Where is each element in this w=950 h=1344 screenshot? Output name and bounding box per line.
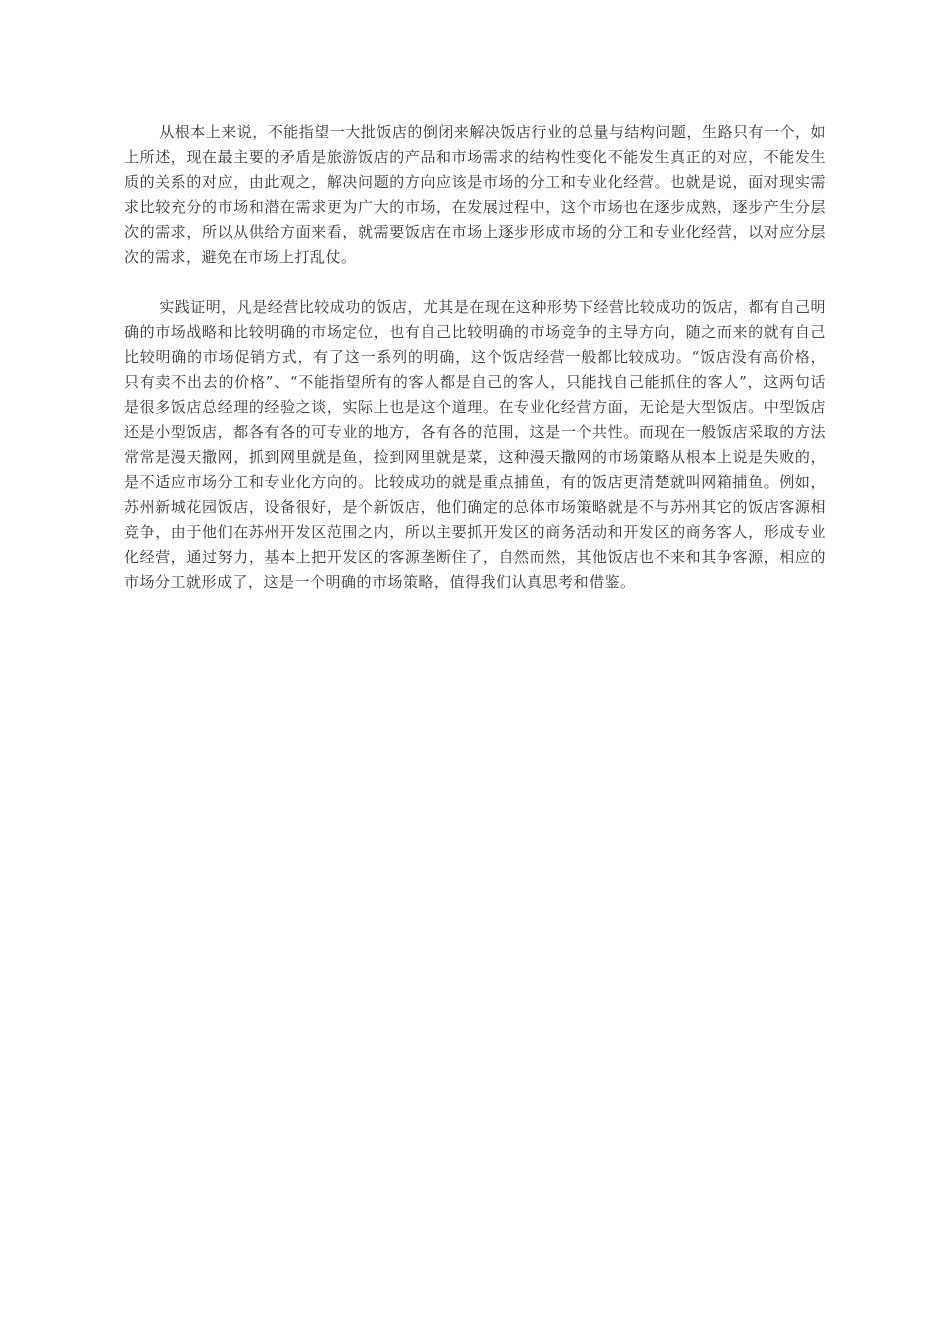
paragraph-market-division: 从根本上来说，不能指望一大批饭店的倒闭来解决饭店行业的总量与结构问题，生路只有一… xyxy=(124,120,826,270)
document-page: 从根本上来说，不能指望一大批饭店的倒闭来解决饭店行业的总量与结构问题，生路只有一… xyxy=(0,0,950,1344)
paragraph-successful-hotels: 实践证明，凡是经营比较成功的饭店，尤其是在现在这种形势下经营比较成功的饭店，都有… xyxy=(124,295,826,595)
